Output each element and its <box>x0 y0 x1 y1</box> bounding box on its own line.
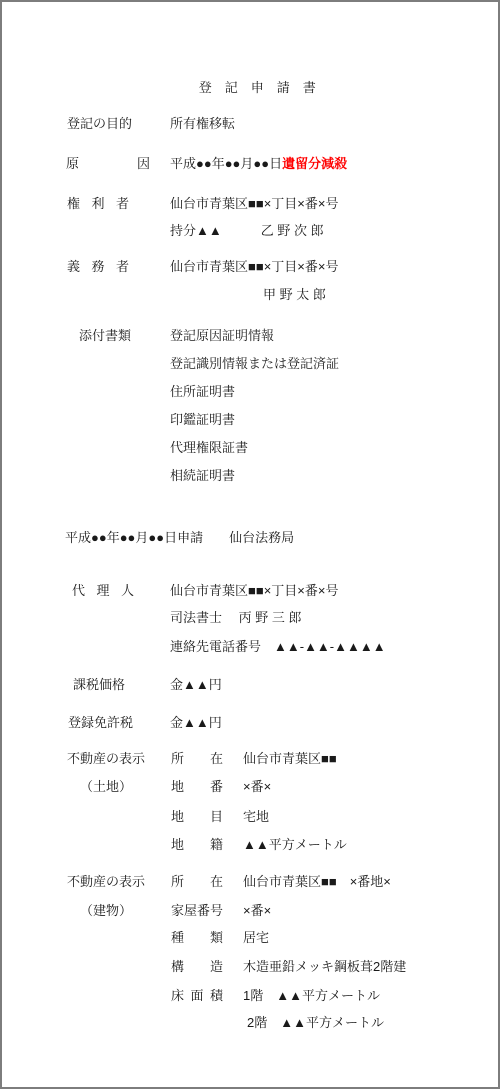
field-row-rightsholder-name: 持分▲▲ 乙 野 次 郎 <box>2 223 498 241</box>
field-row-land-category: 地 目 宅地 <box>2 809 498 827</box>
building-paren-label: （建物） <box>80 903 132 919</box>
land-value: ×番× <box>243 779 271 795</box>
field-row-attachment-2: 登記識別情報または登記済証 <box>2 356 498 374</box>
building-value: ×番× <box>243 903 271 919</box>
land-key: 地 目 <box>171 809 223 825</box>
field-row-building-floor-area-1: 床 面 積 1階 ▲▲平方メートル <box>2 988 498 1006</box>
registration-application-document: 登 記 申 請 書 登記の目的 所有権移転 原 因 平成●●年●●月●●日遺留分… <box>0 0 500 1089</box>
building-key: 構 造 <box>171 959 223 975</box>
building-key: 家屋番号 <box>171 903 223 919</box>
field-row-building-house-number: （建物） 家屋番号 ×番× <box>2 903 498 921</box>
building-key: 種 類 <box>171 930 223 946</box>
obligor-label: 義 務 者 <box>67 259 129 275</box>
building-value: 2階 ▲▲平方メートル <box>247 1015 384 1031</box>
building-key: 所 在 <box>171 874 223 890</box>
field-row-attachment-3: 住所証明書 <box>2 384 498 402</box>
building-value: 木造亜鉛メッキ鋼板葺2階建 <box>243 959 406 975</box>
cause-value: 平成●●年●●月●●日遺留分減殺 <box>170 156 347 172</box>
rightsholder-label: 権 利 者 <box>67 196 129 212</box>
field-row-agent-name: 司法書士 丙 野 三 郎 <box>2 610 498 628</box>
field-row-building-location: 不動産の表示 所 在 仙台市青葉区■■ ×番地× <box>2 874 498 892</box>
building-value: 仙台市青葉区■■ ×番地× <box>243 874 391 890</box>
land-key: 所 在 <box>171 751 223 767</box>
document-title-text: 登 記 申 請 書 <box>199 80 316 95</box>
attachment-item: 相続証明書 <box>170 468 235 484</box>
field-row-obligor-address: 義 務 者 仙台市青葉区■■×丁目×番×号 <box>2 259 498 277</box>
tax-value-label: 課税価格 <box>73 677 125 693</box>
land-value: ▲▲平方メートル <box>243 837 347 853</box>
purpose-value: 所有権移転 <box>170 116 235 132</box>
purpose-label: 登記の目的 <box>67 116 132 132</box>
field-row-obligor-name: 甲 野 太 郎 <box>2 287 498 305</box>
field-row-land-location: 不動産の表示 所 在 仙台市青葉区■■ <box>2 751 498 769</box>
field-row-building-type: 種 類 居宅 <box>2 930 498 948</box>
agent-title-name: 司法書士 丙 野 三 郎 <box>170 610 301 626</box>
field-row-attachment-5: 代理権限証書 <box>2 440 498 458</box>
rightsholder-address: 仙台市青葉区■■×丁目×番×号 <box>170 196 338 212</box>
cause-highlight-red: 遺留分減殺 <box>282 156 347 171</box>
attachment-item: 代理権限証書 <box>170 440 248 456</box>
land-value: 宅地 <box>243 809 269 825</box>
field-row-cause: 原 因 平成●●年●●月●●日遺留分減殺 <box>2 156 498 174</box>
field-row-agent-address: 代 理 人 仙台市青葉区■■×丁目×番×号 <box>2 583 498 601</box>
agent-address: 仙台市青葉区■■×丁目×番×号 <box>170 583 338 599</box>
field-row-building-floor-area-2: 2階 ▲▲平方メートル <box>2 1015 498 1033</box>
agent-label: 代 理 人 <box>72 583 134 599</box>
building-section-label: 不動産の表示 <box>67 874 145 890</box>
application-date-office: 平成●●年●●月●●日申請 仙台法務局 <box>65 530 294 546</box>
attachment-item: 登記識別情報または登記済証 <box>170 356 339 372</box>
land-section-label: 不動産の表示 <box>67 751 145 767</box>
field-row-attachment-6: 相続証明書 <box>2 468 498 486</box>
obligor-address: 仙台市青葉区■■×丁目×番×号 <box>170 259 338 275</box>
document-title: 登 記 申 請 書 <box>2 64 498 82</box>
field-row-rightsholder-address: 権 利 者 仙台市青葉区■■×丁目×番×号 <box>2 196 498 214</box>
tax-value-amount: 金▲▲円 <box>170 677 222 693</box>
rightsholder-share-name: 持分▲▲ 乙 野 次 郎 <box>170 223 324 239</box>
field-row-building-structure: 構 造 木造亜鉛メッキ鋼板葺2階建 <box>2 959 498 977</box>
building-key: 床 面 積 <box>171 988 223 1004</box>
attachment-item: 登記原因証明情報 <box>170 328 274 344</box>
land-paren-label: （土地） <box>80 779 132 795</box>
registration-tax-amount: 金▲▲円 <box>170 715 222 731</box>
attachment-item: 印鑑証明書 <box>170 412 235 428</box>
land-key: 地 籍 <box>171 837 223 853</box>
field-row-attachment-1: 添付書類 登記原因証明情報 <box>2 328 498 346</box>
field-row-land-lot-number: （土地） 地 番 ×番× <box>2 779 498 797</box>
land-value: 仙台市青葉区■■ <box>243 751 337 767</box>
cause-label: 原 因 <box>66 156 150 172</box>
building-value: 居宅 <box>243 930 269 946</box>
land-key: 地 番 <box>171 779 223 795</box>
field-row-application-date: 平成●●年●●月●●日申請 仙台法務局 <box>2 530 498 548</box>
agent-phone: 連絡先電話番号 ▲▲-▲▲-▲▲▲▲ <box>170 639 386 655</box>
field-row-purpose: 登記の目的 所有権移転 <box>2 116 498 134</box>
field-row-tax-value: 課税価格 金▲▲円 <box>2 677 498 695</box>
cause-date: 平成●●年●●月●●日 <box>170 156 282 171</box>
field-row-registration-tax: 登録免許税 金▲▲円 <box>2 715 498 733</box>
attachments-label: 添付書類 <box>79 328 131 344</box>
obligor-name: 甲 野 太 郎 <box>263 287 326 303</box>
field-row-land-area: 地 籍 ▲▲平方メートル <box>2 837 498 855</box>
registration-tax-label: 登録免許税 <box>68 715 133 731</box>
field-row-attachment-4: 印鑑証明書 <box>2 412 498 430</box>
field-row-agent-phone: 連絡先電話番号 ▲▲-▲▲-▲▲▲▲ <box>2 639 498 657</box>
building-value: 1階 ▲▲平方メートル <box>243 988 380 1004</box>
attachment-item: 住所証明書 <box>170 384 235 400</box>
